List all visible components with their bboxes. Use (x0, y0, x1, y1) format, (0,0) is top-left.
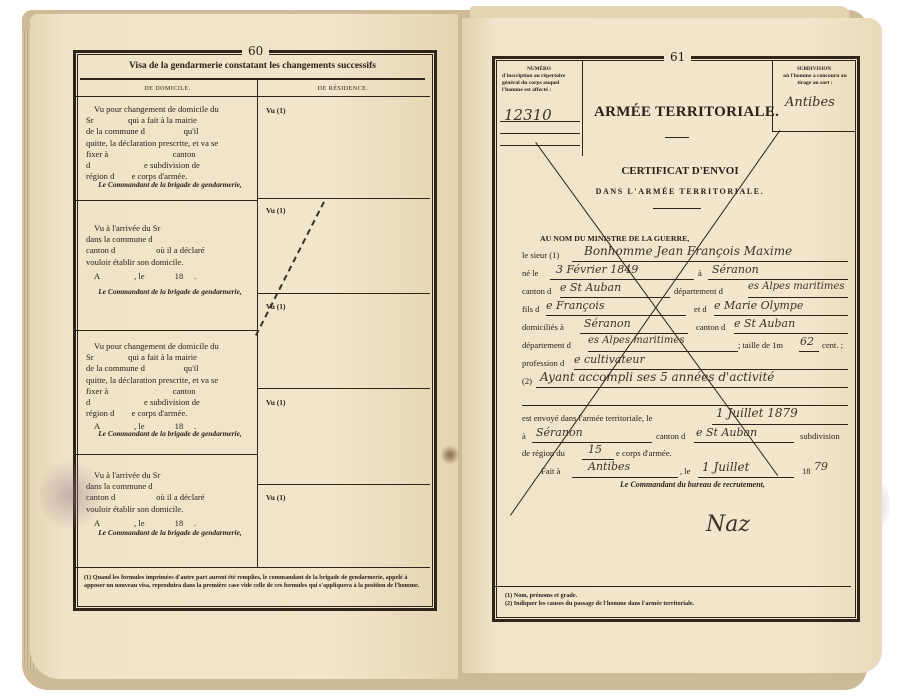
numero-label: d'inscription au répertoire général du c… (502, 73, 578, 94)
preamble: AU NOM DU MINISTRE DE LA GUERRE, (540, 233, 689, 244)
row-divider (76, 330, 257, 331)
field-label: et d (694, 304, 707, 315)
entry-line: quitte, la déclaration prescrite, et va … (86, 138, 254, 149)
field-label: (2) (522, 376, 532, 387)
cause-value: Ayant accompli ses 5 années d'activité (540, 370, 774, 384)
domicile-value: Séranon (584, 317, 631, 330)
entry-line: d e subdivision de (86, 160, 254, 171)
entry-line: Sr qui a fait à la mairie (86, 352, 254, 363)
field-label: est envoyé dans l'armée territoriale, le (522, 413, 652, 424)
field-rule (572, 477, 678, 478)
birth-place-value: Séranon (712, 263, 759, 276)
numero-rule (500, 145, 580, 146)
certificate-title: CERTIFICAT D'ENVOI (600, 166, 760, 177)
field-label: e corps d'armée. (616, 448, 672, 459)
entry-line: Sr qui a fait à la mairie (86, 115, 254, 126)
brigade-signature-label: Le Commandant de la brigade de gendarmer… (86, 527, 254, 538)
subdivision-value: Antibes (785, 95, 835, 110)
field-rule (698, 477, 794, 478)
field-label: département d (674, 286, 723, 297)
year-value: 79 (814, 460, 828, 473)
field-label: canton d (696, 322, 725, 333)
field-rule (522, 405, 848, 406)
stain (440, 445, 460, 465)
page-number-right: 61 (664, 50, 691, 64)
page-number-left: 60 (242, 44, 269, 58)
field-label: fils d (522, 304, 539, 315)
brigade-signature-label: Le Commandant de la brigade de gendarmer… (86, 428, 254, 439)
brigade-signature-label: Le Commandant de la brigade de gendarmer… (86, 179, 254, 190)
fait-le-value: 1 Juillet (702, 460, 749, 474)
numero-box: NUMÉRO d'inscription au répertoire génér… (496, 61, 583, 156)
entry-line: canton d où il a déclaré (86, 492, 254, 503)
entry-line: A , le 18 . (86, 271, 254, 282)
canton-value: e St Auban (560, 281, 621, 294)
taille-value: 62 (800, 335, 814, 348)
row-divider (76, 200, 257, 201)
entry-line: région d e corps d'armée. (86, 408, 254, 419)
field-rule (748, 297, 848, 298)
field-label: ; taille de 1m (738, 340, 783, 351)
field-rule (694, 442, 794, 443)
field-rule (550, 279, 694, 280)
entry-line: d e subdivision de (86, 397, 254, 408)
title-dash (665, 137, 689, 138)
right-footnote-1: (1) Nom, prénoms et grade. (505, 592, 577, 600)
subdivision-label: où l'homme a concouru au tirage au sort … (776, 73, 854, 87)
numero-value: 12310 (504, 106, 552, 124)
column-header-domicile: DE DOMICILE. (80, 84, 255, 95)
stain (40, 455, 100, 535)
brigade-signature-label: Le Commandant de la brigade de gendarmer… (86, 286, 254, 297)
field-rule (572, 261, 848, 262)
footer-rule (495, 586, 851, 587)
entry-line: dans la commune d (86, 234, 254, 245)
row-divider (257, 484, 430, 485)
column-header-residence: DE RÉSIDENCE. (258, 84, 428, 95)
field-label: à (698, 268, 702, 279)
entry-line: Vu à l'arrivée du Sr (86, 470, 254, 481)
vu-label: Vu (1) (266, 105, 286, 116)
field-label: profession d (522, 358, 564, 369)
entry-line: fixer à canton (86, 386, 254, 397)
field-label: cent. ; (822, 340, 843, 351)
column-divider (257, 80, 258, 567)
field-rule (714, 315, 848, 316)
father-value: e François (546, 299, 605, 312)
entry-line: Vu à l'arrivée du Sr (86, 223, 254, 234)
entry-line: vouloir établir son domicile. (86, 504, 254, 515)
fait-a-value: Antibes (588, 460, 630, 473)
entry-line: Vu pour changement de domicile du (86, 341, 254, 352)
row-divider (257, 388, 430, 389)
left-page-title: Visa de la gendarmerie constatant les ch… (80, 61, 425, 72)
profession-value: e cultivateur (574, 353, 645, 366)
envoi-place-value: Séranon (536, 426, 583, 439)
field-label: né le (522, 268, 538, 279)
vu-label: Vu (1) (266, 492, 286, 503)
numero-rule (500, 133, 580, 134)
recruitment-signature-label: Le Commandant du bureau de recrutement, (620, 479, 765, 490)
entry-line: vouloir établir son domicile. (86, 257, 254, 268)
field-label: , le (680, 466, 691, 477)
field-rule (588, 351, 738, 352)
field-label: à (522, 431, 526, 442)
field-label: subdivision (800, 431, 840, 442)
right-footnote-2: (2) Indiquer les causes du passage de l'… (505, 600, 694, 608)
title-rule (80, 78, 425, 80)
subdivision-box: SUBDIVISION où l'homme a concouru au tir… (772, 61, 855, 132)
entry-line: dans la commune d (86, 481, 254, 492)
vu-label: Vu (1) (266, 397, 286, 408)
canton2-value: e St Auban (734, 317, 795, 330)
footer-rule (76, 567, 430, 568)
field-rule (580, 333, 688, 334)
entry-line: de la commune d qu'il (86, 126, 254, 137)
certificate-subtitle: DANS L'ARMÉE TERRITORIALE. (570, 186, 790, 197)
departement-value: es Alpes maritimes (748, 281, 844, 292)
field-label: domiciliés à (522, 322, 564, 333)
entry-line: Vu pour changement de domicile du (86, 104, 254, 115)
field-label: 18 (802, 466, 811, 477)
mother-value: e Marie Olympe (714, 299, 803, 312)
entry-line: quitte, la déclaration prescrite, et va … (86, 375, 254, 386)
field-label: canton d (656, 431, 685, 442)
entry-line: canton d où il a déclaré (86, 245, 254, 256)
field-rule (560, 297, 670, 298)
armee-territoriale-title: ARMÉE TERRITORIALE. (594, 104, 779, 121)
field-rule (712, 424, 848, 425)
subtitle-dash (653, 208, 701, 209)
subdivision-label-title: SUBDIVISION (773, 65, 855, 73)
field-rule (546, 315, 686, 316)
field-label: canton d (522, 286, 551, 297)
vu-label: Vu (1) (266, 205, 286, 216)
field-label: département d (522, 340, 571, 351)
field-rule (799, 351, 819, 352)
left-footnote: (1) Quand les formules imprimées d'autre… (84, 574, 424, 590)
field-label: de région du (522, 448, 565, 459)
commander-signature: Naz (706, 512, 750, 537)
region-value: 15 (588, 443, 602, 456)
field-rule (708, 279, 848, 280)
entry-line: de la commune d qu'il (86, 363, 254, 374)
row-divider (76, 454, 257, 455)
row-divider (257, 293, 430, 294)
header-rule (76, 96, 430, 97)
numero-label-title: NUMÉRO (496, 65, 582, 73)
field-label: le sieur (1) (522, 250, 559, 261)
row-divider (257, 198, 430, 199)
entry-line: fixer à canton (86, 149, 254, 160)
field-rule (536, 387, 848, 388)
field-rule (734, 333, 848, 334)
